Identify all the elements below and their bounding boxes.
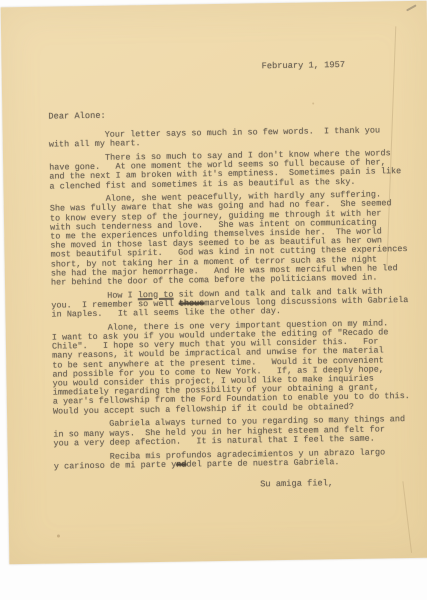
pencil-mark: [406, 4, 416, 11]
letter-text: with all my heart.: [49, 138, 141, 149]
paper-speck: [57, 535, 60, 538]
letter-paragraph: How I long to sit down and talk and talk…: [51, 287, 417, 320]
paper-crease-bottom: [402, 481, 412, 553]
letter-paragraph: Alone, she went peacefully, with hardly …: [50, 190, 417, 288]
letter-body: Your letter says so much in so few words…: [49, 126, 420, 476]
paper-speck: [312, 102, 314, 104]
letter-paragraph: Gabriela always turned to you regarding …: [53, 415, 419, 448]
letter-paragraph: There is so much to say and I don't know…: [49, 149, 416, 192]
overstruck-text: nd: [176, 459, 186, 469]
letter-signoff: Su amiga fiel,: [260, 478, 333, 489]
scanned-letter: February 1, 1957 Dear Alone: Your letter…: [0, 0, 427, 600]
letter-text: y carinoso de mi parte y: [54, 459, 177, 471]
letter-paragraph: Reciba mis profundos agradecimientos y u…: [54, 447, 420, 471]
letter-paragraph: Alone, there is one very important quest…: [52, 319, 419, 417]
letter-text: del parte de nuestra Gabriela.: [186, 457, 339, 469]
letter-salutation: Dear Alone:: [48, 111, 106, 122]
letter-paper: February 1, 1957 Dear Alone: Your letter…: [1, 1, 427, 565]
letter-text: in Naples. It all seems like the other d…: [51, 306, 281, 320]
letter-paragraph: Your letter says so much in so few words…: [49, 126, 415, 150]
letter-date: February 1, 1957: [262, 60, 346, 71]
